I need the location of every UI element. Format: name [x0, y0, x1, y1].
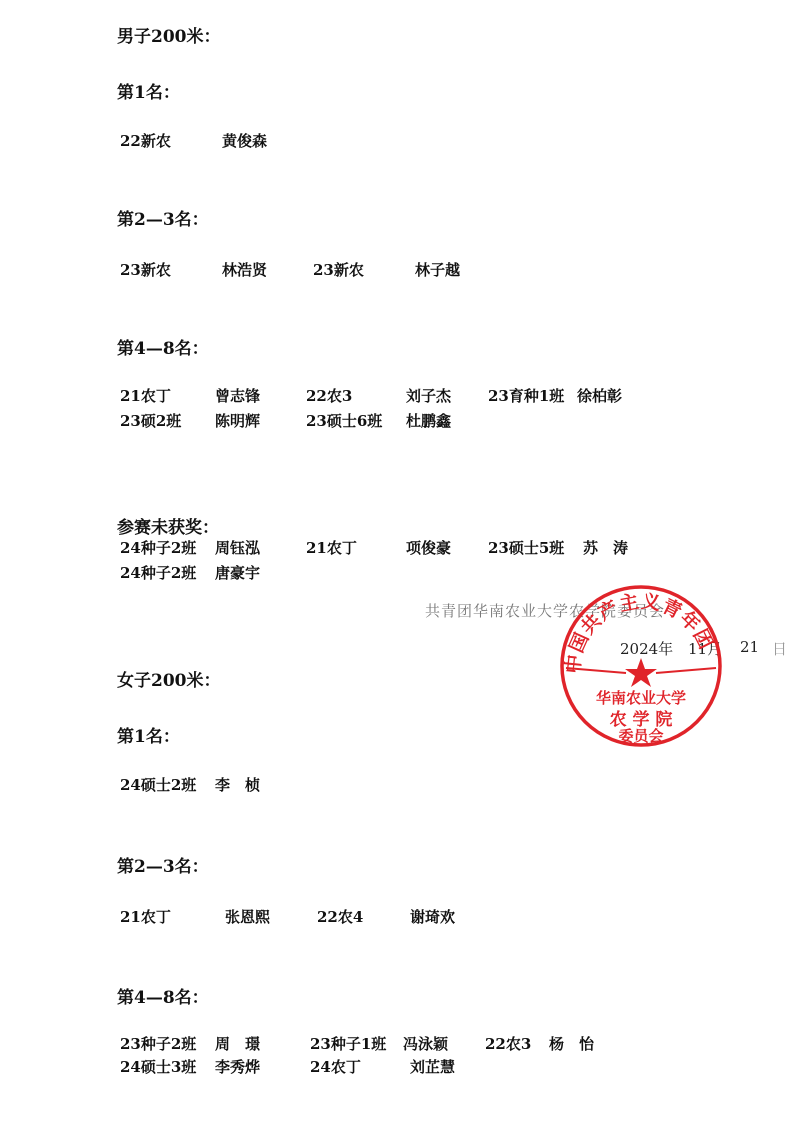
- men-48-class-2: 22农3: [306, 385, 352, 406]
- women-23-name-1: 张恩熙: [225, 906, 270, 927]
- men-na-name-4: 唐豪宇: [215, 562, 260, 583]
- women-48-class-5: 24农丁: [310, 1056, 361, 1077]
- women-200m-title: 女子200米：: [117, 666, 221, 691]
- men-23-class-1: 23新农: [120, 259, 171, 280]
- men-no-award-label: 参赛未获奖：: [117, 513, 219, 538]
- men-48-class-5: 23硕士6班: [306, 410, 382, 431]
- men-48-class-4: 23硕2班: [120, 410, 181, 431]
- men-48-class-1: 21农丁: [120, 385, 171, 406]
- women-first-class-1: 24硕士2班: [120, 774, 196, 795]
- women-48-name-1: 周 璟: [215, 1033, 260, 1054]
- official-seal-stamp: 中国共产主义青年团 华南农业大学 农 学 院 委员会: [558, 583, 724, 749]
- men-na-name-2: 项俊豪: [406, 537, 451, 558]
- men-48-name-5: 杜鹏鑫: [406, 410, 451, 431]
- women-48-name-4: 李秀烨: [215, 1056, 260, 1077]
- date-day: 21: [740, 638, 759, 656]
- women-23-class-2: 22农4: [317, 906, 363, 927]
- men-na-class-4: 24种子2班: [120, 562, 196, 583]
- women-second-third-label: 第2—3名：: [117, 852, 209, 877]
- women-48-class-4: 24硕士3班: [120, 1056, 196, 1077]
- women-48-name-2: 冯泳颖: [403, 1033, 448, 1054]
- men-23-name-1: 林浩贤: [222, 259, 267, 280]
- svg-text:中国共产主义青年团: 中国共产主义青年团: [561, 590, 717, 675]
- women-48-class-1: 23种子2班: [120, 1033, 196, 1054]
- men-first-name-1: 黄俊森: [222, 130, 267, 151]
- men-na-class-1: 24种子2班: [120, 537, 196, 558]
- men-na-class-3: 23硕士5班: [488, 537, 564, 558]
- men-na-name-3: 苏 涛: [583, 537, 628, 558]
- men-first-class-1: 22新农: [120, 130, 171, 151]
- men-na-class-2: 21农丁: [306, 537, 357, 558]
- men-48-name-2: 刘子杰: [406, 385, 451, 406]
- date-day-suffix: 日: [772, 638, 787, 659]
- men-48-name-1: 曾志锋: [215, 385, 260, 406]
- women-first-name-1: 李 桢: [215, 774, 260, 795]
- women-48-name-5: 刘芷慧: [410, 1056, 455, 1077]
- men-48-name-4: 陈明辉: [215, 410, 260, 431]
- seal-line3: 委员会: [558, 725, 724, 746]
- men-first-label: 第1名：: [117, 78, 180, 103]
- women-fourth-eighth-label: 第4—8名：: [117, 983, 209, 1008]
- men-second-third-label: 第2—3名：: [117, 205, 209, 230]
- men-fourth-eighth-label: 第4—8名：: [117, 334, 209, 359]
- men-23-name-2: 林子越: [415, 259, 460, 280]
- women-23-class-1: 21农丁: [120, 906, 171, 927]
- men-23-class-2: 23新农: [313, 259, 364, 280]
- women-48-class-3: 22农3: [485, 1033, 531, 1054]
- women-first-label: 第1名：: [117, 722, 180, 747]
- women-48-name-3: 杨 怡: [549, 1033, 594, 1054]
- men-200m-title: 男子200米：: [117, 22, 221, 47]
- women-48-class-2: 23种子1班: [310, 1033, 386, 1054]
- men-48-class-3: 23育种1班: [488, 385, 564, 406]
- men-na-name-1: 周钰泓: [215, 537, 260, 558]
- men-48-name-3: 徐柏彰: [577, 385, 622, 406]
- women-23-name-2: 谢琦欢: [410, 906, 455, 927]
